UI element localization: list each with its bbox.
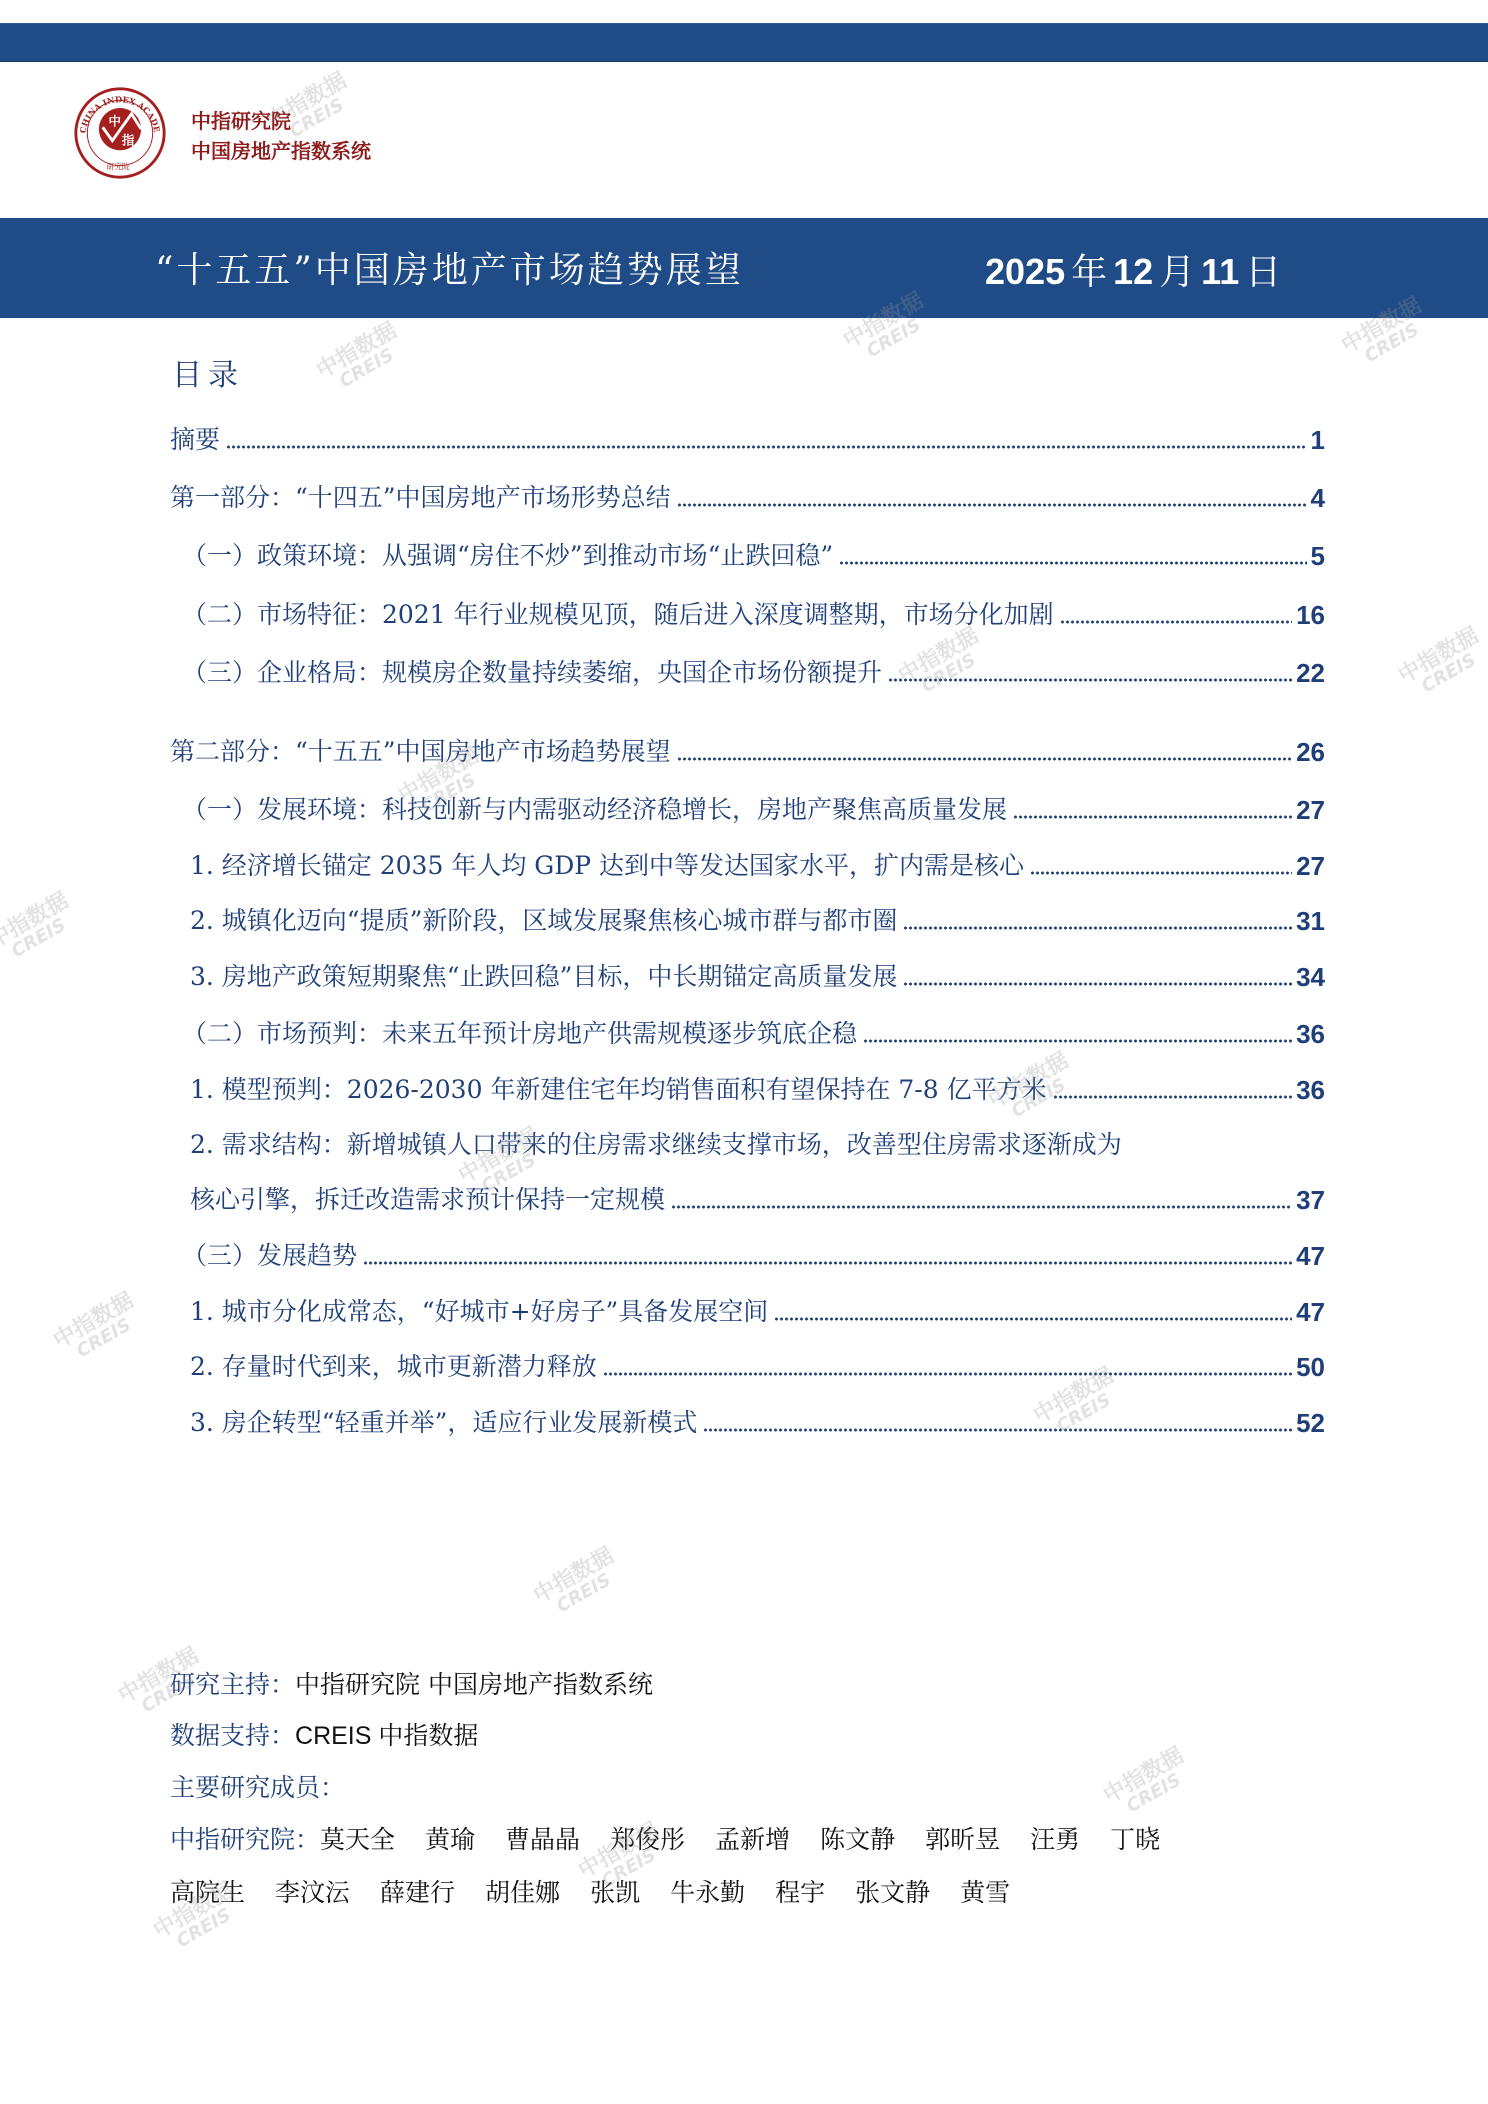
toc-entry-page: 4: [1311, 480, 1325, 516]
watermark: 中指数据CREIS: [314, 321, 410, 400]
dot-leader: [226, 445, 1307, 449]
member-name: 张文静: [855, 1878, 930, 1907]
date-day: 11: [1201, 251, 1239, 292]
toc-entry-label: 3. 房企转型“轻重并举”，适应行业发展新模式: [190, 1405, 697, 1441]
svg-text:中: 中: [108, 113, 120, 128]
member-name: 黄瑜: [425, 1825, 475, 1854]
members-line-2: 高院生李汶沄薛建行胡佳娜张凯牛永勤程宇张文静黄雪: [170, 1875, 1040, 1911]
top-banner-band: [0, 23, 1488, 62]
dot-leader: [677, 757, 1293, 761]
member-name: 薛建行: [380, 1878, 455, 1907]
member-name: 黄雪: [960, 1878, 1010, 1907]
org-subtitle: 中国房地产指数系统: [191, 136, 371, 166]
toc-entry-label: 2. 需求结构：新增城镇人口带来的住房需求继续支撑市场，改善型住房需求逐渐成为: [190, 1127, 1122, 1163]
research-host-line: 研究主持：中指研究院 中国房地产指数系统: [170, 1667, 653, 1703]
member-name: 曹晶晶: [505, 1825, 580, 1854]
date-month: 12: [1113, 251, 1153, 292]
toc-entry-page: 52: [1296, 1405, 1325, 1441]
toc-entry-page: 26: [1296, 734, 1325, 770]
watermark: 中指数据CREIS: [1101, 1746, 1197, 1825]
toc-entry-part2-sec2-item2-line1[interactable]: 2. 需求结构：新增城镇人口带来的住房需求继续支撑市场，改善型住房需求逐渐成为: [190, 1127, 1325, 1163]
toc-entry-page: 34: [1296, 959, 1325, 995]
member-name: 陈文静: [820, 1825, 895, 1854]
toc-entry-page: 47: [1296, 1294, 1325, 1330]
date-year: 2025: [985, 251, 1065, 292]
toc-entry-label-continued: 核心引擎，拆迁改造需求预计保持一定规模: [190, 1182, 665, 1218]
toc-entry-part1[interactable]: 第一部分：“十四五”中国房地产市场形势总结4: [170, 480, 1325, 516]
toc-entry-label: （一）发展环境：科技创新与内需驱动经济稳增长，房地产聚焦高质量发展: [182, 792, 1007, 828]
watermark: 中指数据CREIS: [531, 1546, 627, 1625]
dot-leader: [703, 1428, 1292, 1432]
institute-label: 中指研究院：: [170, 1825, 320, 1854]
dot-leader: [671, 1205, 1292, 1209]
toc-entry-label: （三）企业格局：规模房企数量持续萎缩，央国企市场份额提升: [182, 655, 882, 691]
dot-leader: [774, 1317, 1292, 1321]
data-support-label: 数据支持：: [170, 1721, 295, 1750]
date-day-unit: 日: [1245, 252, 1281, 293]
data-support-line: 数据支持：CREIS 中指数据: [170, 1718, 478, 1754]
toc-entry-page: 36: [1296, 1016, 1325, 1052]
report-date: 2025年12月11日: [985, 244, 1287, 295]
toc-entry-page: 16: [1296, 597, 1325, 633]
dot-leader: [1053, 1095, 1292, 1099]
dot-leader: [1030, 871, 1292, 875]
watermark: 中指数据CREIS: [0, 891, 82, 970]
toc-entry-part1-sec3[interactable]: （三）企业格局：规模房企数量持续萎缩，央国企市场份额提升22: [182, 655, 1325, 691]
dot-leader: [863, 1039, 1292, 1043]
toc-heading: 目录: [172, 350, 244, 394]
svg-text:指: 指: [121, 133, 135, 148]
member-name: 郑俊彤: [610, 1825, 685, 1854]
toc-entry-part1-sec1[interactable]: （一）政策环境：从强调“房住不炒”到推动市场“止跌回稳”5: [182, 538, 1325, 574]
toc-entry-part2-sec1[interactable]: （一）发展环境：科技创新与内需驱动经济稳增长，房地产聚焦高质量发展27: [182, 792, 1325, 828]
title-band: “十五五”中国房地产市场趋势展望 2025年12月11日: [0, 218, 1488, 318]
dot-leader: [903, 926, 1292, 930]
dot-leader: [888, 678, 1292, 682]
toc-entry-label: 1. 模型预判：2026-2030 年新建住宅年均销售面积有望保持在 7-8 亿…: [190, 1072, 1047, 1108]
report-title: “十五五”中国房地产市场趋势展望: [155, 242, 744, 293]
data-support-value: CREIS 中指数据: [295, 1722, 478, 1750]
toc-entry-label: （三）发展趋势: [182, 1238, 357, 1274]
toc-entry-label: （一）政策环境：从强调“房住不炒”到推动市场“止跌回稳”: [182, 538, 833, 574]
member-name: 丁晓: [1110, 1825, 1160, 1854]
toc-entry-label: （二）市场特征：2021 年行业规模见顶，随后进入深度调整期，市场分化加剧: [182, 597, 1054, 633]
china-index-academy-logo: 中 指 CHINA INDEX ACADEMY 研究院: [72, 85, 168, 181]
member-name: 李汶沄: [275, 1878, 350, 1907]
member-name: 孟新增: [715, 1825, 790, 1854]
toc-entry-page: 1: [1311, 422, 1325, 458]
member-name: 胡佳娜: [485, 1878, 560, 1907]
toc-entry-page: 31: [1296, 903, 1325, 939]
date-year-unit: 年: [1071, 252, 1107, 293]
toc-entry-label: 第二部分：“十五五”中国房地产市场趋势展望: [170, 734, 671, 770]
toc-entry-page: 47: [1296, 1238, 1325, 1274]
watermark: 中指数据CREIS: [1396, 626, 1488, 705]
toc-entry-part2-sec2-item2-line2[interactable]: 核心引擎，拆迁改造需求预计保持一定规模37: [190, 1182, 1325, 1218]
dot-leader: [677, 503, 1307, 507]
toc-entry-label: 第一部分：“十四五”中国房地产市场形势总结: [170, 480, 671, 516]
dot-leader: [1060, 620, 1293, 624]
svg-text:研究院: 研究院: [107, 161, 130, 171]
research-host-value: 中指研究院 中国房地产指数系统: [295, 1670, 653, 1699]
watermark: 中指数据CREIS: [51, 1291, 147, 1370]
dot-leader: [363, 1261, 1292, 1265]
toc-entry-page: 22: [1296, 655, 1325, 691]
toc-entry-page: 36: [1296, 1072, 1325, 1108]
member-name: 程宇: [775, 1878, 825, 1907]
member-name: 牛永勤: [670, 1878, 745, 1907]
toc-entry-part2-sec3-item1[interactable]: 1. 城市分化成常态，“好城市+好房子”具备发展空间47: [190, 1294, 1325, 1330]
toc-entry-part2-sec1-item3[interactable]: 3. 房地产政策短期聚焦“止跌回稳”目标，中长期锚定高质量发展34: [190, 959, 1325, 995]
members-line-1: 中指研究院：莫天全黄瑜曹晶晶郑俊彤孟新增陈文静郭昕昱汪勇丁晓: [170, 1822, 1190, 1858]
toc-entry-part1-sec2[interactable]: （二）市场特征：2021 年行业规模见顶，随后进入深度调整期，市场分化加剧16: [182, 597, 1325, 633]
member-name: 汪勇: [1030, 1825, 1080, 1854]
toc-entry-part2-sec2-item1[interactable]: 1. 模型预判：2026-2030 年新建住宅年均销售面积有望保持在 7-8 亿…: [190, 1072, 1325, 1108]
toc-entry-part2-sec1-item1[interactable]: 1. 经济增长锚定 2035 年人均 GDP 达到中等发达国家水平，扩内需是核心…: [190, 848, 1325, 884]
toc-entry-page: 50: [1296, 1349, 1325, 1385]
toc-entry-label: 1. 经济增长锚定 2035 年人均 GDP 达到中等发达国家水平，扩内需是核心: [190, 848, 1024, 884]
toc-entry-label: （二）市场预判：未来五年预计房地产供需规模逐步筑底企稳: [182, 1016, 857, 1052]
toc-entry-part2-sec3-item3[interactable]: 3. 房企转型“轻重并举”，适应行业发展新模式52: [190, 1405, 1325, 1441]
dot-leader: [903, 982, 1292, 986]
dot-leader: [603, 1372, 1292, 1376]
toc-entry-label: 2. 存量时代到来，城市更新潜力释放: [190, 1349, 597, 1385]
toc-entry-label: 摘要: [170, 422, 220, 458]
members-label: 主要研究成员：: [170, 1773, 345, 1802]
dot-leader: [1013, 815, 1292, 819]
org-name: 中指研究院: [191, 106, 371, 136]
toc-entry-label: 3. 房地产政策短期聚焦“止跌回稳”目标，中长期锚定高质量发展: [190, 959, 897, 995]
member-name: 高院生: [170, 1878, 245, 1907]
member-name: 郭昕昱: [925, 1825, 1000, 1854]
toc-entry-label: 1. 城市分化成常态，“好城市+好房子”具备发展空间: [190, 1294, 768, 1330]
toc-entry-part2[interactable]: 第二部分：“十五五”中国房地产市场趋势展望26: [170, 734, 1325, 770]
toc-entry-page: 27: [1296, 792, 1325, 828]
member-name: 莫天全: [320, 1825, 395, 1854]
toc-entry-part2-sec2[interactable]: （二）市场预判：未来五年预计房地产供需规模逐步筑底企稳36: [182, 1016, 1325, 1052]
toc-entry-page: 37: [1296, 1182, 1325, 1218]
toc-entry-part2-sec1-item2[interactable]: 2. 城镇化迈向“提质”新阶段，区域发展聚焦核心城市群与都市圈31: [190, 903, 1325, 939]
toc-entry-abstract[interactable]: 摘要1: [170, 422, 1325, 458]
toc-entry-part2-sec3-item2[interactable]: 2. 存量时代到来，城市更新潜力释放50: [190, 1349, 1325, 1385]
members-heading-line: 主要研究成员：: [170, 1770, 345, 1806]
research-host-label: 研究主持：: [170, 1670, 295, 1699]
date-month-unit: 月: [1159, 252, 1195, 293]
dot-leader: [839, 561, 1306, 565]
member-name: 张凯: [590, 1878, 640, 1907]
toc-entry-label: 2. 城镇化迈向“提质”新阶段，区域发展聚焦核心城市群与都市圈: [190, 903, 897, 939]
org-name-block: 中指研究院 中国房地产指数系统: [191, 106, 371, 166]
toc-entry-part2-sec3[interactable]: （三）发展趋势47: [182, 1238, 1325, 1274]
toc-entry-page: 27: [1296, 848, 1325, 884]
toc-entry-page: 5: [1311, 538, 1325, 574]
